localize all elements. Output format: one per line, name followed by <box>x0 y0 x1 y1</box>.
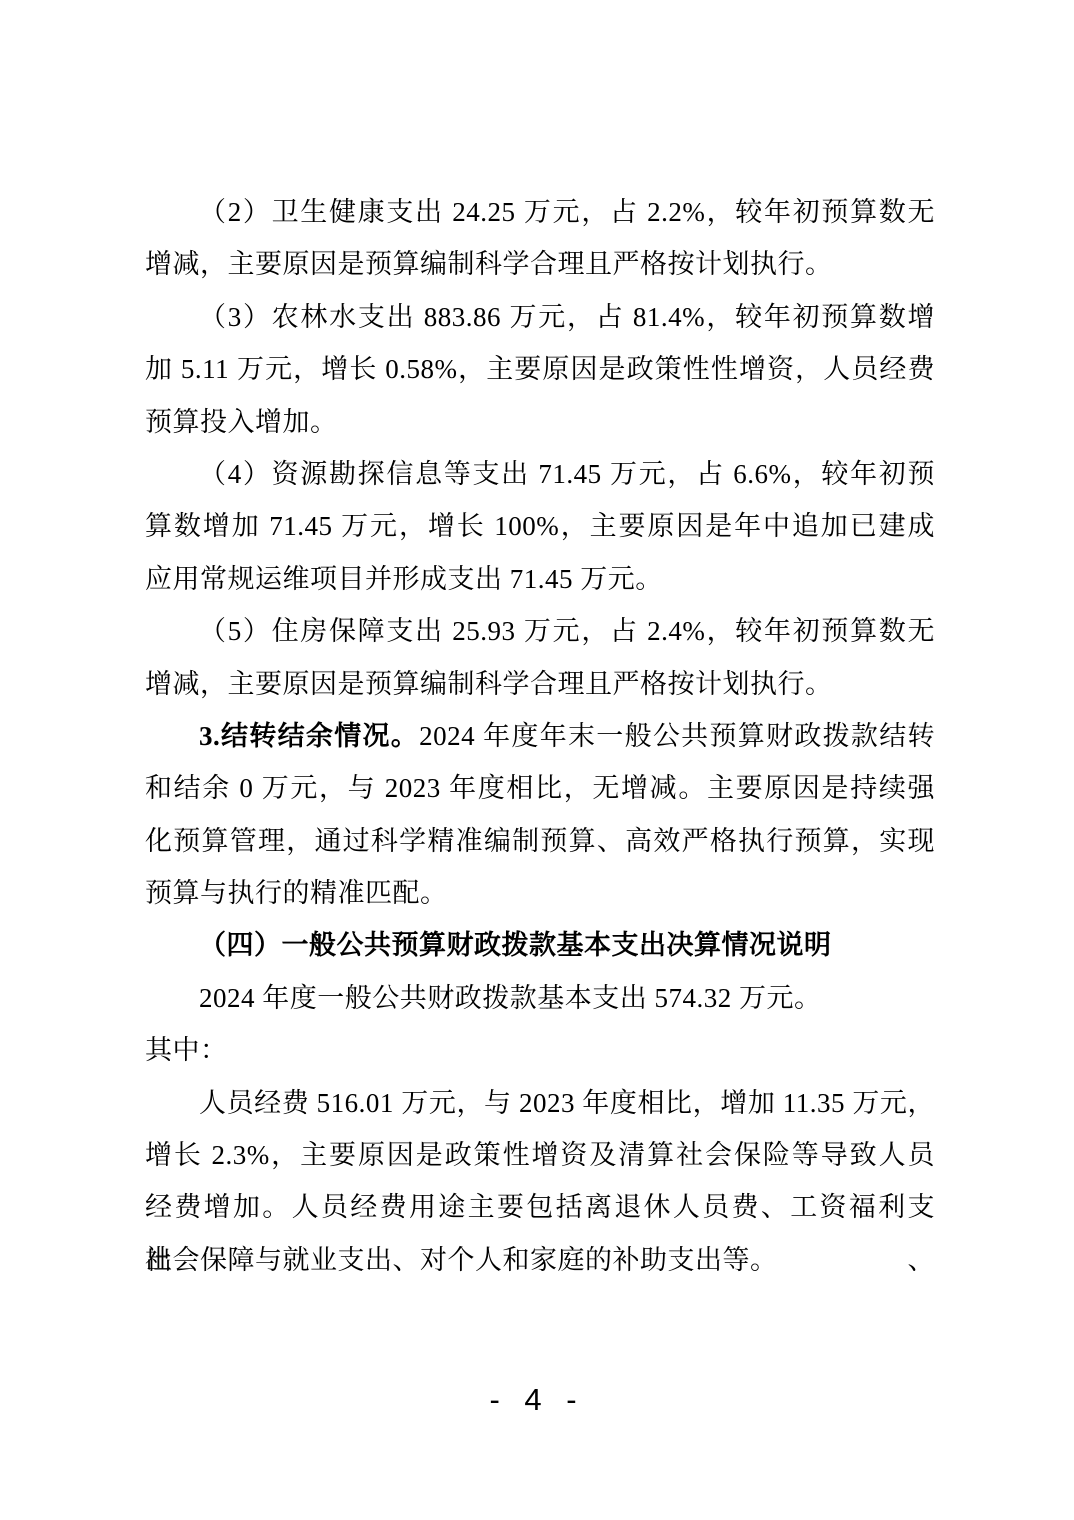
text-segment: 预算与执行的精准匹配。 <box>145 878 448 908</box>
text-line: （4）资源勘探信息等支出 71.45 万元，占 6.6%，较年初预 <box>145 448 935 500</box>
text-segment: （4）资源勘探信息等支出 71.45 万元，占 6.6%，较年初预 <box>199 459 935 489</box>
text-segment: 增减，主要原因是预算编制科学合理且严格按计划执行。 <box>145 249 833 279</box>
text-segment: 加 5.11 万元，增长 0.58%，主要原因是政策性性增资，人员经费 <box>145 354 935 384</box>
text-line: 经费增加。人员经费用途主要包括离退休人员费、工资福利支出、 <box>145 1181 935 1233</box>
document-body: （2）卫生健康支出 24.25 万元，占 2.2%，较年初预算数无增减，主要原因… <box>145 186 935 1286</box>
text-segment: 人员经费 516.01 万元，与 2023 年度相比，增加 11.35 万元， <box>199 1088 935 1118</box>
text-line: 2024 年度一般公共财政拨款基本支出 574.32 万元。 <box>145 972 935 1024</box>
text-line: 增减，主要原因是预算编制科学合理且严格按计划执行。 <box>145 238 935 290</box>
document-page: （2）卫生健康支出 24.25 万元，占 2.2%，较年初预算数无增减，主要原因… <box>0 0 1074 1520</box>
text-segment: 2024 年度年末一般公共预算财政拨款结转 <box>419 721 935 751</box>
heading-segment: 3.结转结余情况。 <box>199 721 419 751</box>
text-line: （四）一般公共预算财政拨款基本支出决算情况说明 <box>145 919 935 971</box>
text-line: 其中： <box>145 1024 935 1076</box>
text-segment: 2024 年度一般公共财政拨款基本支出 574.32 万元。 <box>199 983 822 1013</box>
heading-segment: （四）一般公共预算财政拨款基本支出决算情况说明 <box>199 930 832 960</box>
text-segment: 算数增加 71.45 万元，增长 100%，主要原因是年中追加已建成 <box>145 511 935 541</box>
text-segment: 增减，主要原因是预算编制科学合理且严格按计划执行。 <box>145 669 833 699</box>
text-line: （2）卫生健康支出 24.25 万元，占 2.2%，较年初预算数无 <box>145 186 935 238</box>
text-line: 化预算管理，通过科学精准编制预算、高效严格执行预算，实现 <box>145 815 935 867</box>
text-line: 和结余 0 万元，与 2023 年度相比，无增减。主要原因是持续强 <box>145 762 935 814</box>
text-segment: （2）卫生健康支出 24.25 万元，占 2.2%，较年初预算数无 <box>199 197 935 227</box>
text-line: 加 5.11 万元，增长 0.58%，主要原因是政策性性增资，人员经费 <box>145 343 935 395</box>
text-line: 预算与执行的精准匹配。 <box>145 867 935 919</box>
text-line: （5）住房保障支出 25.93 万元，占 2.4%，较年初预算数无 <box>145 605 935 657</box>
text-segment: 化预算管理，通过科学精准编制预算、高效严格执行预算，实现 <box>145 826 935 856</box>
text-segment: 增长 2.3%，主要原因是政策性增资及清算社会保险等导致人员 <box>145 1140 935 1170</box>
text-line: 应用常规运维项目并形成支出 71.45 万元。 <box>145 553 935 605</box>
page-number: - 4 - <box>0 1378 1074 1422</box>
text-line: 人员经费 516.01 万元，与 2023 年度相比，增加 11.35 万元， <box>145 1077 935 1129</box>
text-line: 增减，主要原因是预算编制科学合理且严格按计划执行。 <box>145 658 935 710</box>
text-segment: （5）住房保障支出 25.93 万元，占 2.4%，较年初预算数无 <box>199 616 935 646</box>
text-line: 算数增加 71.45 万元，增长 100%，主要原因是年中追加已建成 <box>145 500 935 552</box>
text-segment: 预算投入增加。 <box>145 407 338 437</box>
text-segment: 社会保障与就业支出、对个人和家庭的补助支出等。 <box>145 1245 778 1275</box>
text-line: 增长 2.3%，主要原因是政策性增资及清算社会保险等导致人员 <box>145 1129 935 1181</box>
text-segment: 其中： <box>145 1035 228 1065</box>
text-segment: 应用常规运维项目并形成支出 71.45 万元。 <box>145 564 663 594</box>
text-line: 预算投入增加。 <box>145 396 935 448</box>
text-segment: （3）农林水支出 883.86 万元，占 81.4%，较年初预算数增 <box>199 302 935 332</box>
text-line: 3.结转结余情况。2024 年度年末一般公共预算财政拨款结转 <box>145 710 935 762</box>
text-line: （3）农林水支出 883.86 万元，占 81.4%，较年初预算数增 <box>145 291 935 343</box>
text-segment: 和结余 0 万元，与 2023 年度相比，无增减。主要原因是持续强 <box>145 773 935 803</box>
